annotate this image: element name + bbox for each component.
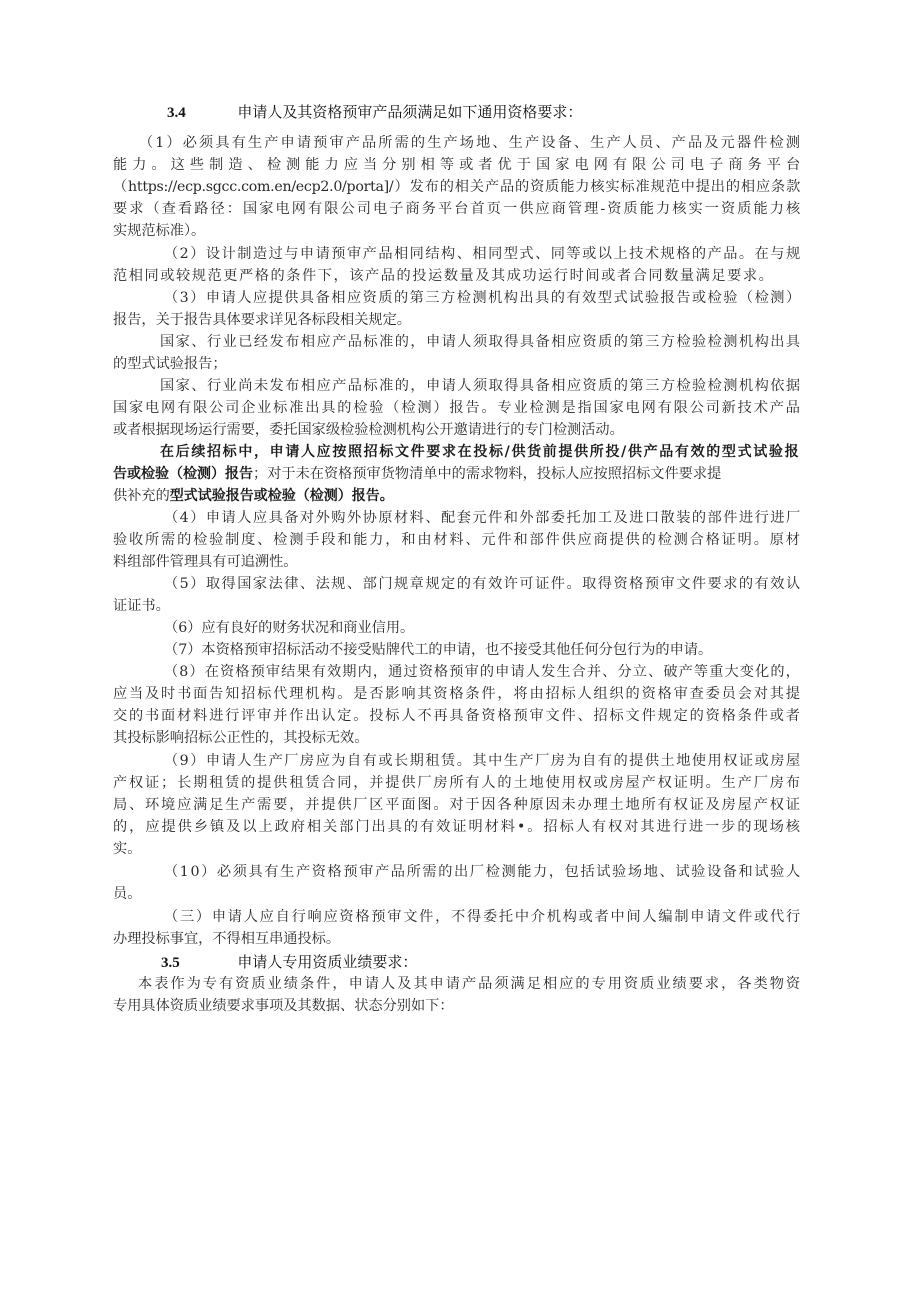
paragraph-line: （4）申请人应具备对外购外协原材料、配套元件和外部委托加工及进口散装的部件进行进… [164,509,800,527]
paragraph-line: 产权证；长期租赁的提供租赁合同，并提供厂房所有人的土地使用权或房屋产权证明。生产… [113,774,800,792]
paragraph-line: 的型式试验报告； [113,355,227,373]
bold-paragraph-line: 供补充的型式试验报告或检验（检测）报告。 [113,487,394,505]
bold-paragraph-line: 在后续招标中，申请人应按照招标文件要求在投标/供货前提供所投/供产品有效的型式试… [160,443,800,461]
section-title: 申请人及其资格预审产品须满足如下通用资格要求： [237,103,582,121]
paragraph-line: 实规范标准）。 [113,222,205,240]
paragraph-line: （1）必须具有生产申请预审产品所需的生产场地、生产设备、生产人员、产品及元器件检… [139,134,800,152]
paragraph-line: 专用具体资质业绩要求事项及其数据、状态分别如下： [113,997,454,1015]
paragraph-line: 应当及时书面告知招标代理机构。是否影响其资格条件，将由招标人组织的资格审查委员会… [113,685,800,703]
paragraph-line: 要求（查看路径：国家电网有限公司电子商务平台首页一供应商管理-资质能力核实一资质… [113,200,800,218]
paragraph-line: 国家电网有限公司企业标准出具的检验（检测）报告。专业检测是指国家电网有限公司新技… [113,399,800,417]
paragraph-line: （https://ecp.sgcc.com.en/ecp2.0/porta]/）… [113,178,800,196]
bold-text: 型式试验报告或检验（检测）报告。 [170,488,394,504]
paragraph-line: 的，应提供乡镇及以上政府相关部门出具的有效证明材料•。招标人有权对其进行进一步的… [113,818,800,836]
regular-text: ；对于未在资格预审货物清单中的需求物料，投标人应按照招标文件要求提 [253,466,721,482]
paragraph-line: 证证书。 [113,597,170,615]
paragraph-line: （三）申请人应自行响应资格预审文件，不得委托中介机构或者中间人编制申请文件或代行 [164,908,800,926]
section-number: 3.4 [167,105,186,121]
section-title: 申请人专用资质业绩要求： [237,953,417,971]
paragraph-line: （5）取得国家法律、法规、部门规章规定的有效许可证件。取得资格预审文件要求的有效… [164,575,800,593]
paragraph-line: 范相同或较规范更严格的条件下，该产品的投运数量及其成功运行时间或者合同数量满足要… [113,267,773,285]
paragraph-line: 局、环境应满足生产需要，并提供厂区平面图。对于因各种原因未办理土地所有权证及房屋… [113,796,800,814]
bold-text: 告或检验（检测）报告 [113,466,253,482]
paragraph-line: 验收所需的检验制度、检测手段和能力，和由材料、元件和部件供应商提供的检测合格证明… [113,531,800,549]
paragraph-line: 交的书面材料进行评审并作出认定。投标人不再具备资格预审文件、招标文件规定的资格条… [113,707,800,725]
paragraph-line: 本表作为专有资质业绩条件，申请人及其申请产品须满足相应的专用资质业绩要求，各类物… [138,975,800,993]
paragraph-line: （7）本资格预审招标活动不接受贴牌代工的申请，也不接受其他任何分包行为的申请。 [164,641,712,659]
paragraph-line: （10）必须具有生产资格预审产品所需的出厂检测能力，包括试验场地、试验设备和试验… [164,863,800,881]
paragraph-line: 其投标影响招标公正性的，其投标无效。 [113,729,368,747]
paragraph-line: 国家、行业已经发布相应产品标准的，申请人须取得具备相应资质的第三方检验检测机构出… [160,333,800,351]
section-heading-3-4: 3.4 申请人及其资格预审产品须满足如下通用资格要求： [167,103,582,122]
paragraph-line: 办理投标事宜，不得相互串通投标。 [113,930,340,948]
paragraph-line: （3）申请人应提供具备相应资质的第三方检测机构出具的有效型式试验报告或检验（检测… [164,289,800,307]
paragraph-line: 料组部件管理具有可追溯性。 [113,553,297,571]
paragraph-line: 或者根据现场运行需要，委托国家级检验检测机构公开邀请进行的专门检测活动。 [113,421,624,439]
paragraph-line: 能力。这些制造、检测能力应当分别相等或者优于国家电网有限公司电子商务平台 [113,156,800,174]
paragraph-line: （9）申请人生产厂房应为自有或长期租赁。其中生产厂房为自有的提供土地使用权证或房… [164,752,800,770]
bold-paragraph-line: 告或检验（检测）报告；对于未在资格预审货物清单中的需求物料，投标人应按照招标文件… [113,465,800,483]
paragraph-line: （2）设计制造过与申请预审产品相同结构、相同型式、同等或以上技术规格的产品。在与… [164,245,800,263]
section-number: 3.5 [161,955,180,971]
section-heading-3-5: 3.5 申请人专用资质业绩要求： [161,953,417,972]
paragraph-line: 报告，关于报告具体要求详见各标段相关规定。 [113,311,411,329]
paragraph-line: 国家、行业尚未发布相应产品标准的，申请人须取得具备相应资质的第三方检验检测机构依… [160,377,800,395]
document-page: 3.4 申请人及其资格预审产品须满足如下通用资格要求： （1）必须具有生产申请预… [0,0,920,1301]
paragraph-line: （6）应有良好的财务状况和商业信用。 [164,619,414,637]
paragraph-line: 员。 [113,885,141,903]
paragraph-line: 实。 [113,840,141,858]
paragraph-line: （8）在资格预审结果有效期内，通过资格预审的申请人发生合并、分立、破产等重大变化… [164,663,800,681]
bold-text: 在后续招标中，申请人应按照招标文件要求在投标/供货前提供所投/供产品有效的型式试… [160,444,800,460]
regular-text: 供补充的 [113,488,170,504]
